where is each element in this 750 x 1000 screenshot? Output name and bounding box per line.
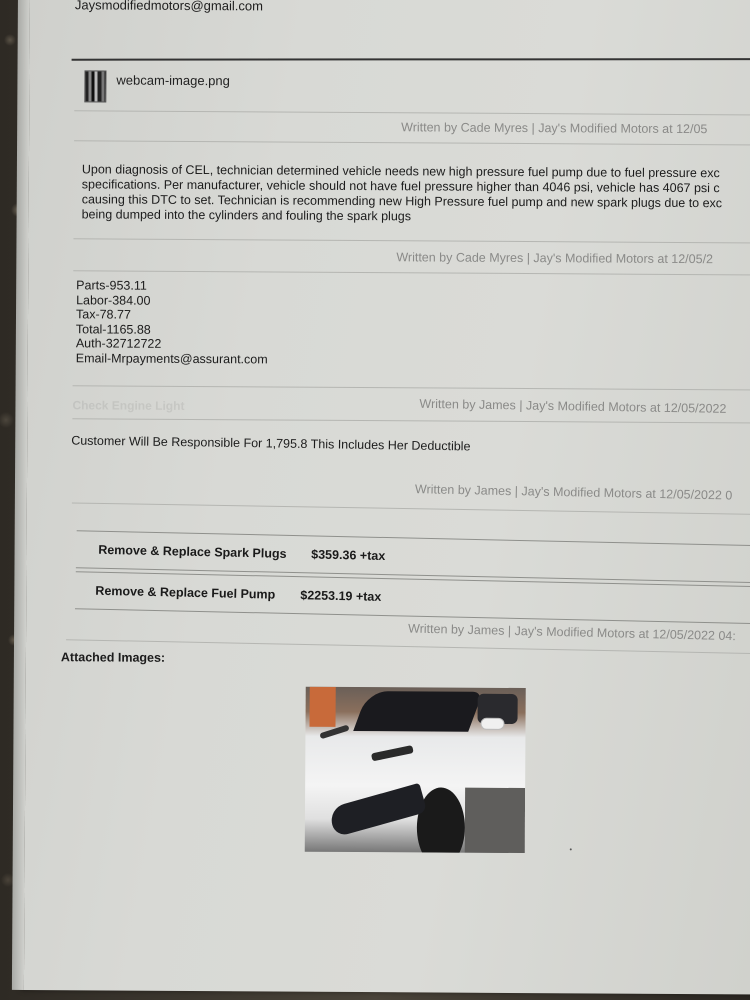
item-name: Remove & Replace Spark Plugs [98, 543, 311, 562]
work-order-document: 7755077330 Jaysmodifiedmotors@gmail.com … [24, 0, 750, 995]
billing-tax: Tax-78.77 [76, 307, 268, 323]
item-price: $2253.19 +tax [300, 588, 381, 604]
hood-vent [371, 745, 414, 761]
entry-meta: Written by James | Jay's Modified Motors… [419, 397, 726, 416]
divider [74, 110, 750, 115]
header-divider [72, 58, 750, 61]
billing-email: Email-Mrpayments@assurant.com [76, 351, 268, 367]
car-wheel [417, 787, 465, 853]
customer-responsibility-note: Customer Will Be Responsible For 1,795.8… [71, 434, 470, 454]
paper-speck [570, 848, 572, 850]
attachment-file[interactable]: webcam-image.png [84, 70, 230, 103]
item-name: Remove & Replace Fuel Pump [95, 584, 300, 602]
traffic-cone [310, 687, 336, 727]
divider [73, 238, 750, 243]
diagnosis-note: Upon diagnosis of CEL, technician determ… [82, 162, 750, 226]
divider [72, 418, 750, 423]
divider [66, 639, 750, 654]
image-file-icon [84, 70, 106, 102]
service-items-table: Remove & Replace Spark Plugs $359.36 +ta… [75, 530, 750, 628]
car-mirror [480, 718, 504, 730]
shop-contact: 7755077330 Jaysmodifiedmotors@gmail.com [75, 0, 263, 14]
billing-auth: Auth-32712722 [76, 336, 268, 352]
garage-floor [465, 788, 525, 853]
shop-email: Jaysmodifiedmotors@gmail.com [75, 0, 263, 14]
attached-images-label: Attached Images: [61, 650, 165, 665]
car-headlight [328, 783, 428, 838]
billing-total: Total-1165.88 [76, 322, 268, 338]
car-windshield [353, 691, 483, 732]
attached-car-photo[interactable] [305, 687, 526, 853]
divider [73, 270, 750, 275]
divider [73, 385, 750, 390]
entry-meta: Written by Cade Myres | Jay's Modified M… [401, 120, 707, 136]
divider [74, 140, 750, 145]
entry-meta: Written by James | Jay's Modified Motors… [415, 482, 733, 502]
attachment-file-name[interactable]: webcam-image.png [116, 73, 230, 89]
billing-parts: Parts-953.11 [76, 278, 268, 294]
divider [72, 502, 750, 515]
item-price: $359.36 +tax [311, 547, 385, 563]
bleed-through-heading: Check Engine Light [72, 398, 184, 413]
entry-meta: Written by Cade Myres | Jay's Modified M… [396, 250, 713, 266]
billing-labor: Labor-384.00 [76, 293, 268, 309]
billing-summary: Parts-953.11 Labor-384.00 Tax-78.77 Tota… [76, 278, 268, 366]
printed-page: 7755077330 Jaysmodifiedmotors@gmail.com … [24, 0, 750, 995]
